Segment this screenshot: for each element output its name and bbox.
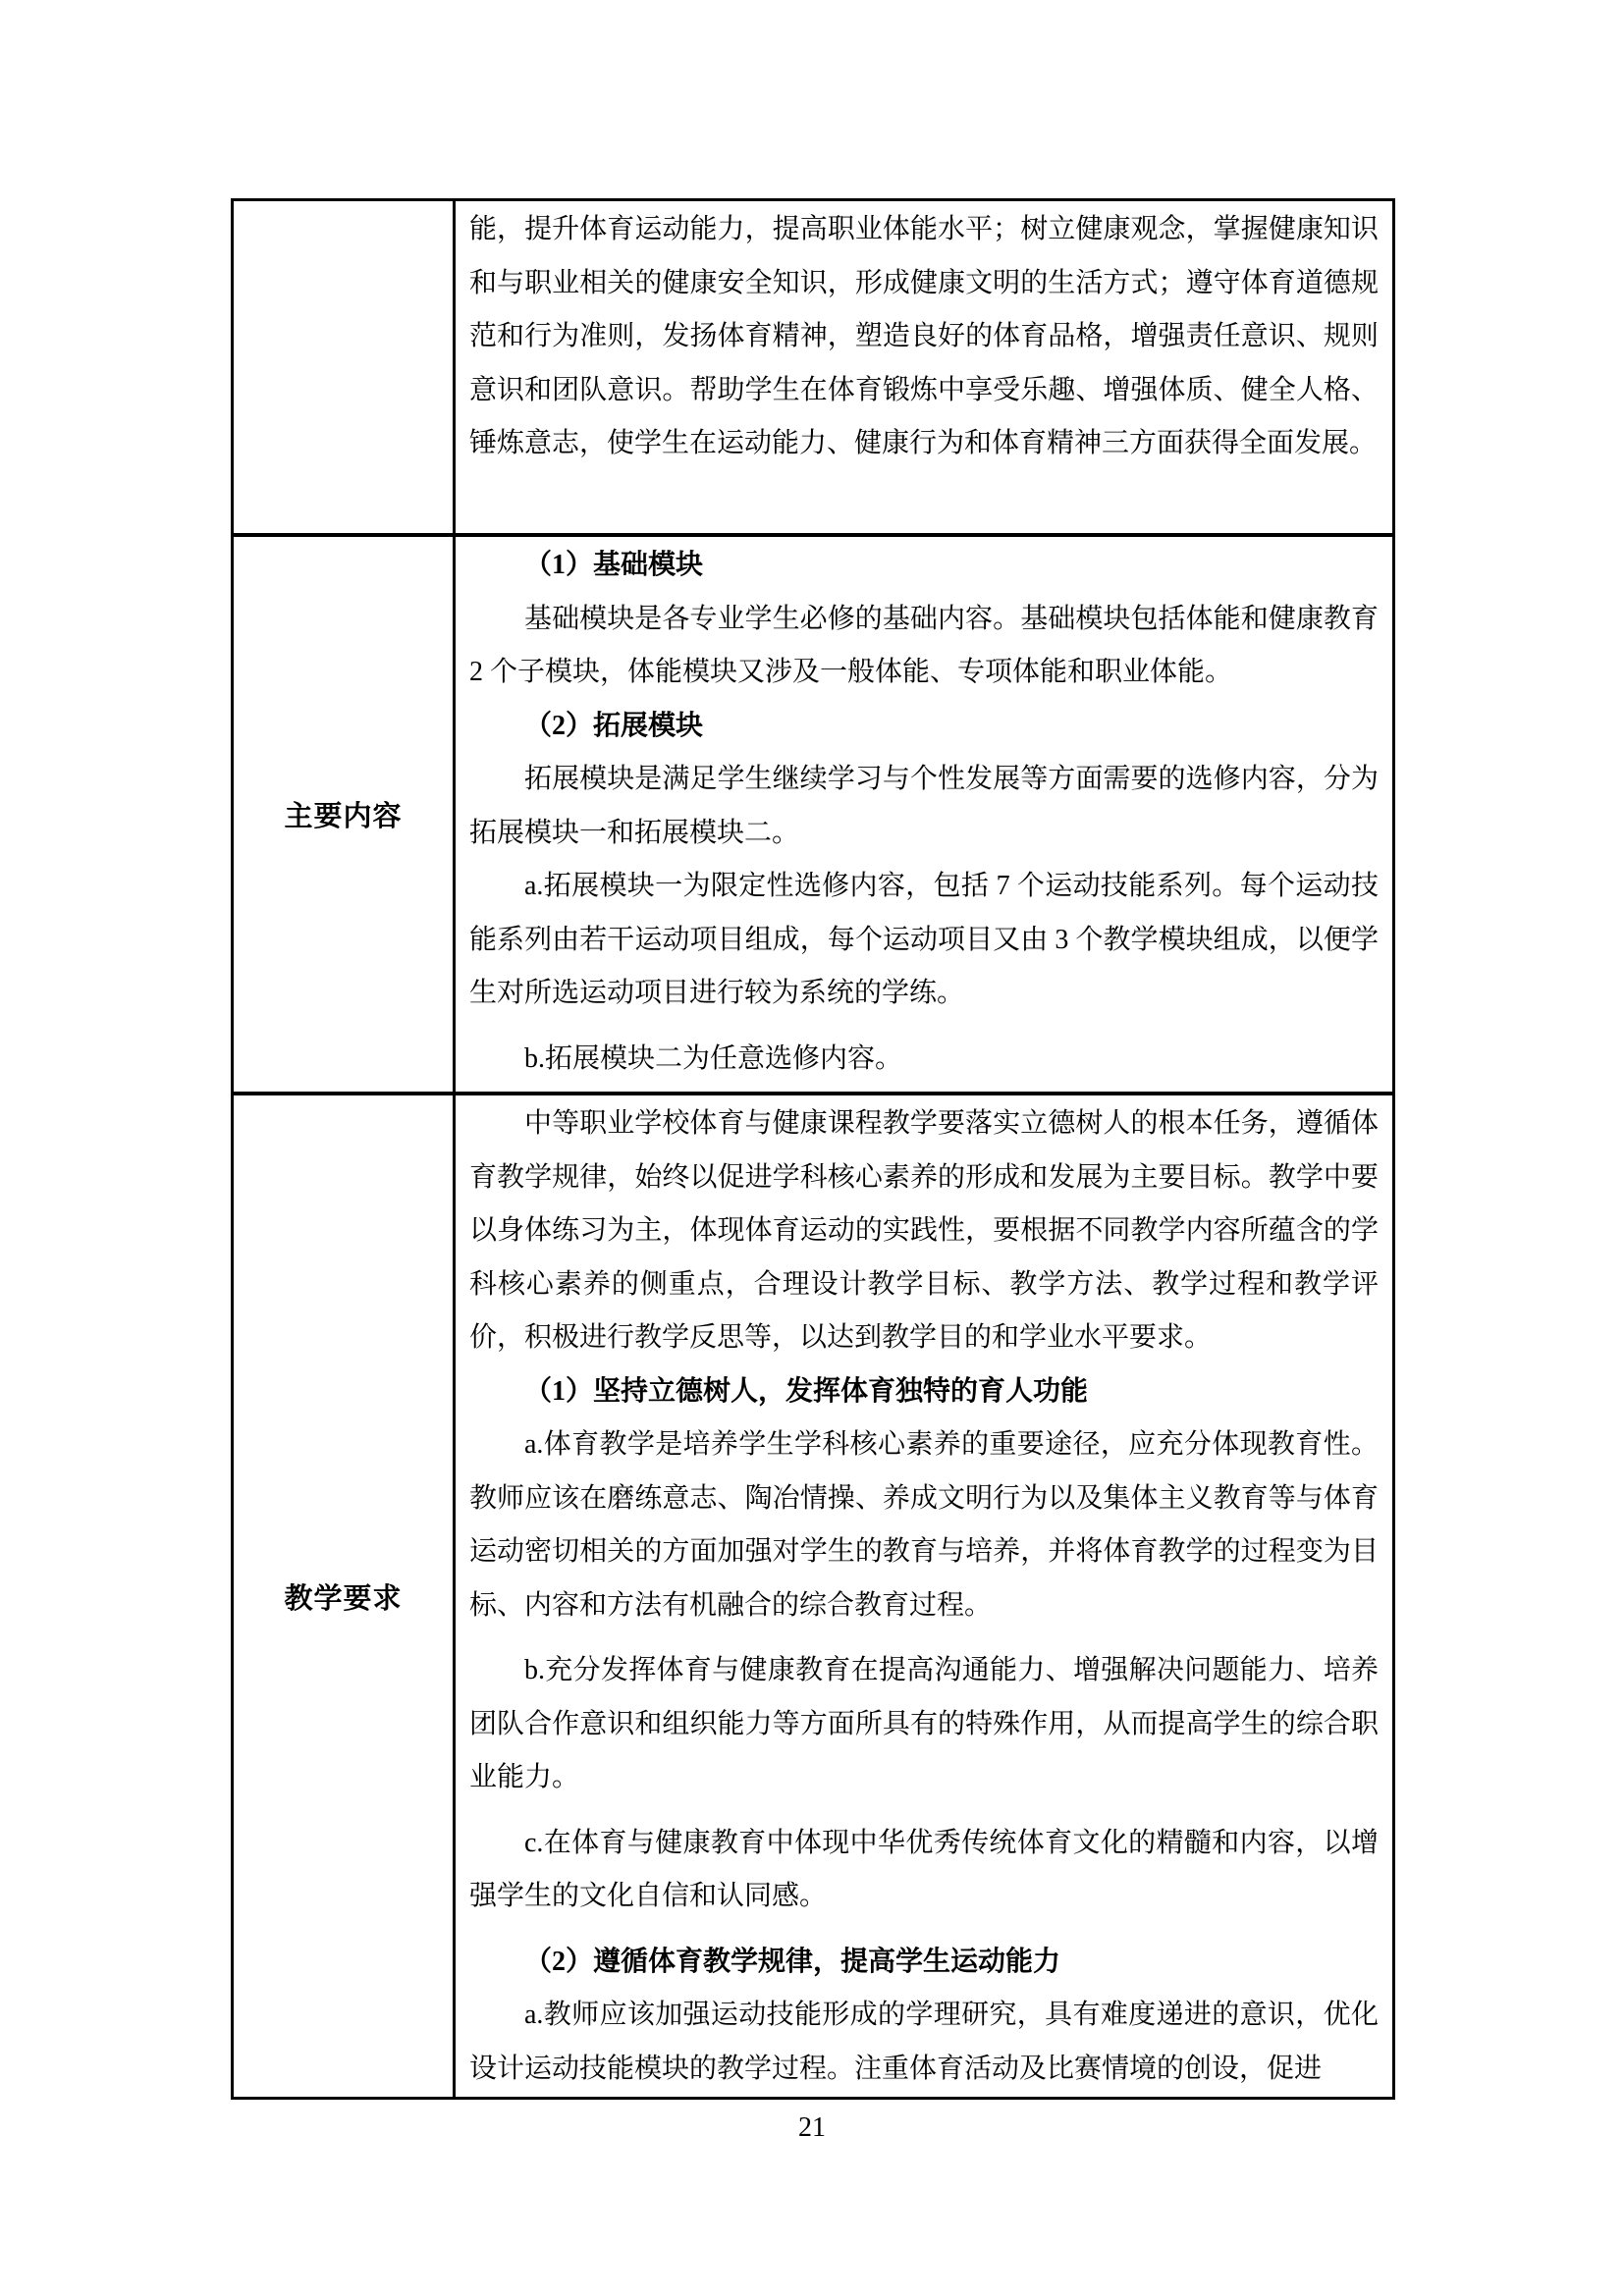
- paragraph: a.教师应该加强运动技能形成的学理研究，具有难度递进的意识，优化设计运动技能模块…: [469, 1989, 1379, 2096]
- paragraph: c.在体育与健康教育中体现中华优秀传统体育文化的精髓和内容，以增强学生的文化自信…: [469, 1817, 1379, 1924]
- paragraph: 拓展模块是满足学生继续学习与个性发展等方面需要的选修内容，分为拓展模块一和拓展模…: [469, 753, 1379, 860]
- row-label-cell: 主要内容: [234, 537, 456, 1092]
- page-number: 21: [0, 2112, 1624, 2144]
- paragraph: 能，提升体育运动能力，提高职业体能水平；树立健康观念，掌握健康知识和与职业相关的…: [469, 203, 1379, 471]
- table-row: 主要内容（1）基础模块基础模块是各专业学生必修的基础内容。基础模块包括体能和健康…: [234, 533, 1392, 1092]
- row-label-cell: [234, 201, 456, 533]
- paragraph: 基础模块是各专业学生必修的基础内容。基础模块包括体能和健康教育 2 个子模块，体…: [469, 593, 1379, 700]
- table-row: 教学要求中等职业学校体育与健康课程教学要落实立德树人的根本任务，遵循体育教学规律…: [234, 1092, 1392, 2097]
- row-label-cell: 教学要求: [234, 1095, 456, 2097]
- paragraph: a.体育教学是培养学生学科核心素养的重要途径，应充分体现教育性。教师应该在磨练意…: [469, 1418, 1379, 1632]
- row-content-cell: 能，提升体育运动能力，提高职业体能水平；树立健康观念，掌握健康知识和与职业相关的…: [456, 201, 1392, 533]
- row-content-cell: 中等职业学校体育与健康课程教学要落实立德树人的根本任务，遵循体育教学规律，始终以…: [456, 1095, 1392, 2097]
- section-heading: （1）坚持立德树人，发挥体育独特的育人功能: [469, 1365, 1379, 1419]
- content-table: 能，提升体育运动能力，提高职业体能水平；树立健康观念，掌握健康知识和与职业相关的…: [231, 198, 1395, 2100]
- section-heading: （1）基础模块: [469, 539, 1379, 593]
- section-heading: （2）遵循体育教学规律，提高学生运动能力: [469, 1936, 1379, 1990]
- section-heading: （2）拓展模块: [469, 700, 1379, 754]
- paragraph: 中等职业学校体育与健康课程教学要落实立德树人的根本任务，遵循体育教学规律，始终以…: [469, 1097, 1379, 1365]
- paragraph: b.充分发挥体育与健康教育在提高沟通能力、增强解决问题能力、培养团队合作意识和组…: [469, 1644, 1379, 1805]
- paragraph: a.拓展模块一为限定性选修内容，包括 7 个运动技能系列。每个运动技能系列由若干…: [469, 860, 1379, 1021]
- row-content-cell: （1）基础模块基础模块是各专业学生必修的基础内容。基础模块包括体能和健康教育 2…: [456, 537, 1392, 1092]
- paragraph: b.拓展模块二为任意选修内容。: [469, 1033, 1379, 1087]
- table-row: 能，提升体育运动能力，提高职业体能水平；树立健康观念，掌握健康知识和与职业相关的…: [234, 201, 1392, 533]
